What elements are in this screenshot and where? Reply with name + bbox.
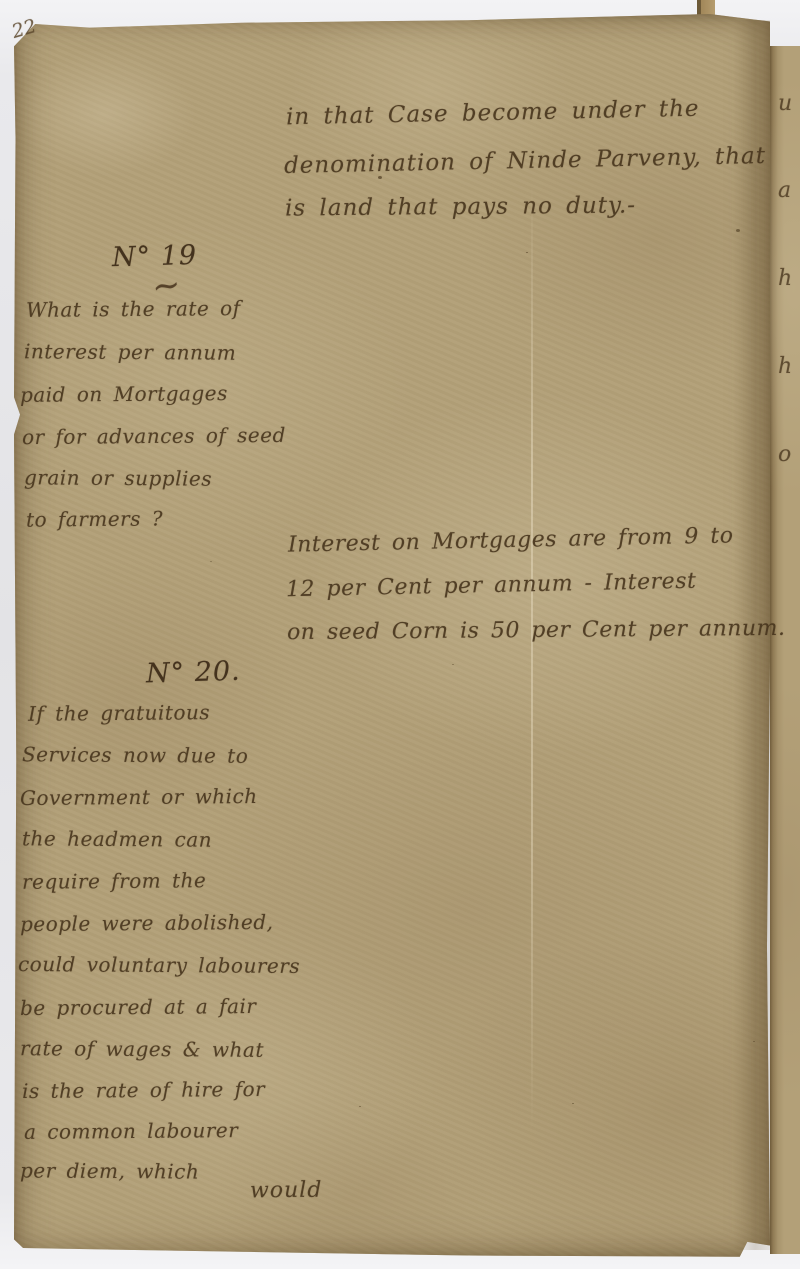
manuscript-photo: u a h h o 22 in that Case become under t… (0, 0, 800, 1269)
manuscript-line: a common labourer (24, 1118, 238, 1144)
manuscript-line: on seed Corn is 50 per Cent per annum. (287, 616, 786, 645)
manuscript-line: Government or which (20, 784, 258, 810)
entry-20-heading: N° 20. (146, 656, 241, 690)
manuscript-line: If the gratuitous (28, 700, 210, 726)
manuscript-line: or for advances of seed (22, 423, 286, 449)
manuscript-line: interest per annum (24, 339, 236, 364)
manuscript-line: is the rate of hire for (22, 1077, 265, 1103)
adjacent-page-text-fragment: o (778, 442, 791, 467)
adjacent-page-text-fragment: a (778, 178, 791, 203)
manuscript-line: is land that pays no duty.- (285, 192, 636, 221)
manuscript-line: rate of wages & what (20, 1036, 264, 1062)
adjacent-page-edge: u a h h o (770, 46, 800, 1254)
manuscript-line: to farmers ? (26, 506, 163, 531)
adjacent-page-text-fragment: h (778, 354, 792, 379)
manuscript-line: Services now due to (22, 742, 248, 768)
manuscript-line: require from the (22, 868, 207, 894)
manuscript-line: be procured at a fair (20, 994, 257, 1020)
manuscript-line: the headmen can (22, 826, 212, 851)
manuscript-line: paid on Mortgages (20, 381, 228, 407)
manuscript-line: grain or supplies (24, 465, 212, 490)
catchword: would (250, 1178, 323, 1204)
adjacent-page-text-fragment: h (778, 266, 792, 291)
manuscript-line: per diem, which (20, 1158, 199, 1183)
manuscript-line: What is the rate of (26, 296, 241, 322)
adjacent-page-text-fragment: u (778, 91, 792, 116)
manuscript-line: people were abolished, (20, 910, 274, 936)
manuscript-line: could voluntary labourers (18, 952, 300, 978)
paper-crease (531, 185, 533, 1130)
